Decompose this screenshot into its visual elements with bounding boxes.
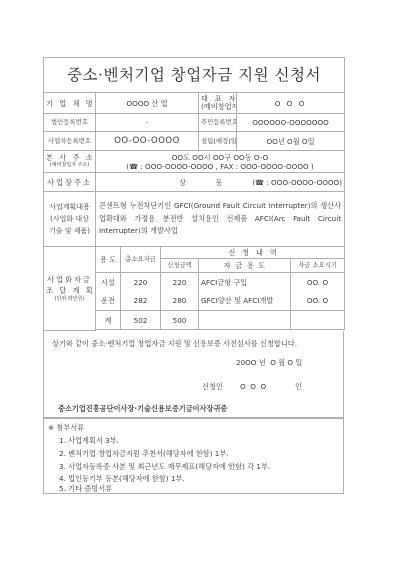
attachments-block: ※ 첨부서류 1. 사업계획서 3부. 2. 벤처기업 창업자금지원 추천서(해…	[43, 418, 344, 494]
header-application-details: 신 청 내 역	[161, 247, 345, 259]
header-total-required: 총소요자금	[121, 247, 161, 273]
declaration-date[interactable]: 20OO 년 O 월 O 일	[236, 358, 302, 368]
applicant-label: 신청인	[202, 382, 223, 392]
corp-reg-label: 법인등록번호	[44, 114, 96, 132]
business-plan-label-line1: 사업계획내용	[46, 201, 93, 213]
hq-address-label-line2: (예비창업자 주소)	[46, 162, 93, 169]
resident-reg-value[interactable]: OOOOOO-OOOOOOO	[237, 114, 345, 132]
row-fund-usage[interactable]: AFCI금형 구입	[199, 273, 291, 292]
row-total-required[interactable]: 220	[121, 273, 161, 292]
total-fund-timing	[291, 311, 345, 330]
funding-plan-unit: (단위:백만원)	[46, 296, 93, 303]
total-usage: 계	[96, 311, 121, 330]
total-required: 502	[121, 311, 161, 330]
site-address-same-1: 상	[96, 178, 186, 187]
resident-reg-label: 주민등록번호	[199, 114, 237, 132]
form-table: 중소·벤처기업 창업자금 지원 신청서 기 업 체 명 OOOO 산 업 대 표…	[43, 57, 345, 331]
attachments-heading: ※ 첨부서류	[48, 423, 84, 433]
row-applied-amount[interactable]: 220	[161, 273, 199, 292]
attachment-item: 2. 벤처기업 창업자금지원 추천서(해당자에 한함) 1부.	[59, 449, 229, 459]
biz-reg-label: 사업자등록번호	[44, 132, 96, 151]
row-applied-amount[interactable]: 280	[161, 292, 199, 311]
site-address-label: 사업장주소	[44, 173, 96, 192]
corp-reg-value[interactable]: -	[96, 114, 199, 132]
attachment-item: 3. 사업자등록증 사본 및 최근년도 재무제표(해당자에 한함) 각 1부.	[59, 462, 270, 472]
established-value[interactable]: OO년 O월 O일	[237, 132, 345, 151]
site-address-value[interactable]: 상 동 (☎ : OOO-OOOO-OOOO)	[96, 173, 345, 192]
hq-address-label: 본 사 주 소 (예비창업자 주소)	[44, 151, 96, 173]
row-usage: 운전	[96, 292, 121, 311]
header-applied-amount: 신청금액	[161, 259, 199, 273]
business-plan-label: 사업계획내용 (사업화 대상 기술 및 제품)	[44, 192, 96, 247]
funding-plan-label: 사업화자금 조 달 계 획 (단위:백만원)	[44, 247, 96, 331]
applicant-name[interactable]: O O O	[240, 382, 266, 391]
hq-address-value[interactable]: OO도 OO시 OO구 OO동 O-O (☎ : OOO-OOOO-OOOO ,…	[96, 151, 345, 173]
row-fund-timing[interactable]: OO. O	[291, 273, 345, 292]
hq-address-line1: OO도 OO시 OO구 OO동 O-O	[98, 153, 342, 162]
seal-mark: 인	[295, 382, 302, 392]
funding-plan-label-line1: 사업화자금	[46, 274, 93, 285]
company-name-value[interactable]: OOOO 산 업	[96, 93, 199, 114]
total-fund-usage	[199, 311, 291, 330]
representative-label-line2: (예비창업자)	[201, 103, 234, 111]
header-fund-usage: 자 금 용 도	[199, 259, 291, 273]
funding-plan-label-line2: 조 달 계 획	[46, 285, 93, 296]
header-usage: 용 도	[96, 247, 121, 273]
total-applied-amount: 500	[161, 311, 199, 330]
hq-address-line2: (☎ : OOO-OOOO-OOOO , FAX : OOO-OOOO-OOOO…	[98, 162, 342, 171]
attachment-item: 5. 기타 증빙서류	[59, 484, 112, 494]
row-fund-timing[interactable]: OO. O	[291, 292, 345, 311]
site-address-phone: (☎ : OOO-OOOO-OOOO)	[252, 178, 344, 187]
attachment-item: 4. 법인등기부 등본(해당자에 한함) 1부.	[59, 474, 185, 484]
attachment-item: 1. 사업계획서 3부.	[59, 436, 119, 446]
representative-value[interactable]: O O O	[237, 93, 345, 114]
business-plan-content[interactable]: 콘센트형 누전차단기인 GFCI(Ground Fault Circuit In…	[96, 192, 345, 247]
site-address-same-2: 동	[199, 178, 239, 187]
row-total-required[interactable]: 282	[121, 292, 161, 311]
declaration-block: 상기와 같이 중소·벤처기업 창업자금 지원 및 신용보증 사전심사를 신청합니…	[43, 331, 344, 418]
header-fund-timing: 자금 소요시기	[291, 259, 345, 273]
declaration-statement: 상기와 같이 중소·벤처기업 창업자금 지원 및 신용보증 사전심사를 신청합니…	[52, 339, 297, 349]
addressee: 중소기업진흥공단이사장·기술신용보증기금이사장귀중	[58, 404, 227, 414]
established-label: 설립(예정)일	[199, 132, 237, 151]
company-name-label: 기 업 체 명	[44, 93, 96, 114]
biz-reg-value[interactable]: OO-OO-OOOO	[96, 132, 199, 151]
business-plan-label-line3: 기술 및 제품)	[46, 225, 93, 237]
business-plan-label-line2: (사업화 대상	[46, 213, 93, 225]
hq-address-label-line1: 본 사 주 소	[46, 154, 93, 162]
row-fund-usage[interactable]: GFCI양산 및 AFCI개발	[199, 292, 291, 311]
row-usage: 시설	[96, 273, 121, 292]
representative-label: 대 표 자 (예비창업자)	[199, 93, 237, 114]
application-form: 중소·벤처기업 창업자금 지원 신청서 기 업 체 명 OOOO 산 업 대 표…	[43, 57, 344, 494]
page-title: 중소·벤처기업 창업자금 지원 신청서	[44, 58, 345, 93]
